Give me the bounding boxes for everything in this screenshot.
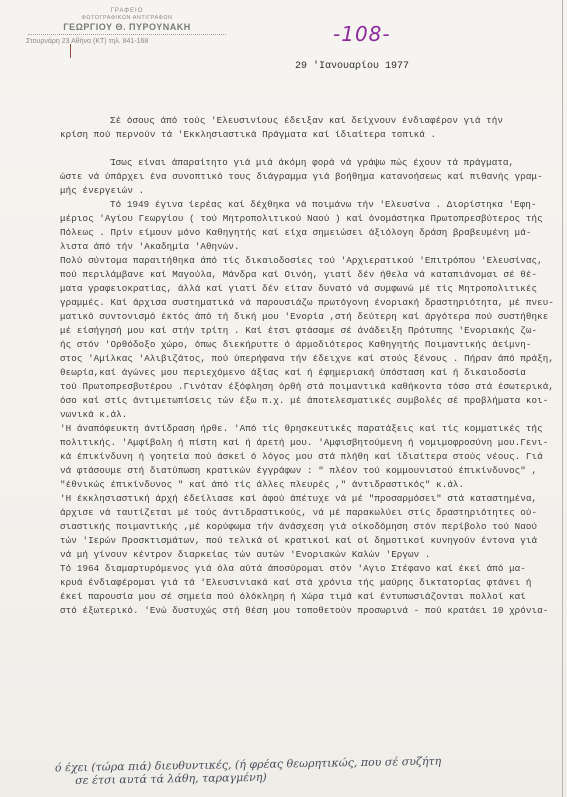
text-line: νωνικά κ.άλ. bbox=[60, 408, 550, 422]
text-line: θεωρία,καί άγώνες μου περιεχόμενο άξίας … bbox=[60, 366, 550, 380]
text-line: Τό 1949 έγινα ίερέας καί δέχθηκα νά ποιμ… bbox=[60, 198, 550, 212]
document-page: ΓΡΑΦΕΙΟ ΦΩΤΟΓΡΑΦΙΚΩΝ ΑΝΤΙΓΡΑΦΩΝ ΓΕΩΡΓΙΟΥ… bbox=[0, 0, 567, 797]
text-line: κρίση πού περνούν τά 'Εκκλησιαστικά Πράγ… bbox=[60, 128, 550, 142]
text-line: Πολύ σύντομα παραιτήθηκα άπό τίς δικαιοδ… bbox=[60, 254, 550, 268]
letterhead-line: ΦΩΤΟΓΡΑΦΙΚΩΝ ΑΝΤΙΓΡΑΦΩΝ bbox=[22, 15, 232, 21]
text-line: πολιτικής. 'Αμφίβολη ή πίστη καί ή άρετή… bbox=[60, 436, 550, 450]
text-line: στος 'Αμίλκας 'Αλιβιζάτος, πού ύπερήφανα… bbox=[60, 352, 550, 366]
text-line: κά έπικίνδυνη ή γοητεία πού άσκεί ό λόγο… bbox=[60, 450, 550, 464]
text-line bbox=[60, 618, 550, 632]
pencil-mark bbox=[70, 44, 73, 58]
letterhead-line: ΓΡΑΦΕΙΟ bbox=[22, 8, 232, 14]
text-line: μέ είσήγησή μου καί στήν τρίτη . Καί έτσ… bbox=[60, 324, 550, 338]
page-edge bbox=[562, 0, 563, 797]
text-line: νά μή γίνουν κέντρον διαρκείας τών αυτών… bbox=[60, 548, 550, 562]
text-line: κρυά ένδιαφέρομαι γιά τά 'Ελευσινιακά κα… bbox=[60, 576, 550, 590]
text-line: τών 'Ιερών Προσκτισμάτων, πού τελικά οί … bbox=[60, 534, 550, 548]
text-line: Τό 1964 διαμαρτυρόμενος γιά όλα αύτά άπο… bbox=[60, 562, 550, 576]
text-line: στό έξωτερικό. 'Ενώ δυστυχώς στή θέση μο… bbox=[60, 604, 550, 618]
text-line: τού Πρωτοπρεσβυτέρου .Γινόταν έξόφληση ό… bbox=[60, 380, 550, 394]
text-line: άρχισε νά ταυτίζεται μέ τούς άντιδραστικ… bbox=[60, 506, 550, 520]
letterhead-address: Στουρνάρη 23 Αθήνα (ΚΤ) τηλ. 841-168 bbox=[22, 38, 232, 45]
text-line: Ίσως είναι άπαραίτητο γιά μιά άκόμη φορά… bbox=[60, 156, 550, 170]
text-line: "έθνικώς έπικίνδυνος " καί άπό τίς άλλες… bbox=[60, 478, 550, 492]
text-line: σιαστικής ποιμαντικής ,μέ κορύφωμα τήν ά… bbox=[60, 520, 550, 534]
text-line: μής ένεργειών . bbox=[60, 184, 550, 198]
page-number: -108- bbox=[333, 22, 391, 46]
handwritten-note: ό έχει (τώρα πιά) διευθυντικές, (ή φρέας… bbox=[55, 753, 555, 788]
text-line: έκεί παρουσία μου σέ σημεία πού όλόκληρη… bbox=[60, 590, 550, 604]
text-line: γραμμές. Καί άρχισα συστηματικά νά παρου… bbox=[60, 296, 550, 310]
document-body: Σέ όσους άπό τούς 'Ελευσινίους έδειξαν κ… bbox=[60, 86, 550, 632]
text-line: νά φτάσουμε στή διατύπωση κρατικών έγγρά… bbox=[60, 464, 550, 478]
text-line: ματα γραφειοκρατίας, άλλά καί γιατί δέν … bbox=[60, 282, 550, 296]
document-date: 29 'Ιανουαρίου 1977 bbox=[295, 61, 409, 72]
text-line: μέριος 'Αγίου Γεωργίου ( τού Μητροπολιτι… bbox=[60, 212, 550, 226]
text-line: ώστε νά ύπάρχει ένα συνοπτικό τους διάγρ… bbox=[60, 170, 550, 184]
text-line: λιστα άπό τήν 'Ακαδημία 'Αθηνών. bbox=[60, 240, 550, 254]
text-line: 'Η άναπόφευκτη άντίδραση ήρθε. 'Από τίς … bbox=[60, 422, 550, 436]
letterhead-divider bbox=[28, 34, 226, 36]
letterhead-stamp: ΓΡΑΦΕΙΟ ΦΩΤΟΓΡΑΦΙΚΩΝ ΑΝΤΙΓΡΑΦΩΝ ΓΕΩΡΓΙΟΥ… bbox=[22, 8, 232, 45]
text-line: ής στόν 'Ορθόδοξο χώρο, όπως διεκήρυττε … bbox=[60, 338, 550, 352]
text-line: Πόλεως . Πρίν είμουν μόνο Καθηγητής καί … bbox=[60, 226, 550, 240]
text-line: Σέ όσους άπό τούς 'Ελευσινίους έδειξαν κ… bbox=[60, 114, 550, 128]
text-line: 'Η έκκλησιαστική άρχή έδείλιασε καί άφού… bbox=[60, 492, 550, 506]
letterhead-name: ΓΕΩΡΓΙΟΥ Θ. ΠΥΡΟΥΝΑΚΗ bbox=[22, 22, 232, 32]
text-line: πού περιλάμβανε καί Μαγούλα, Μάνδρα καί … bbox=[60, 268, 550, 282]
text-line: ματικό συντονισμό έκτός άπό τή δική μου … bbox=[60, 310, 550, 324]
text-line: όσο καί στίς άντιμετωπίσεις τών έξω π.χ.… bbox=[60, 394, 550, 408]
